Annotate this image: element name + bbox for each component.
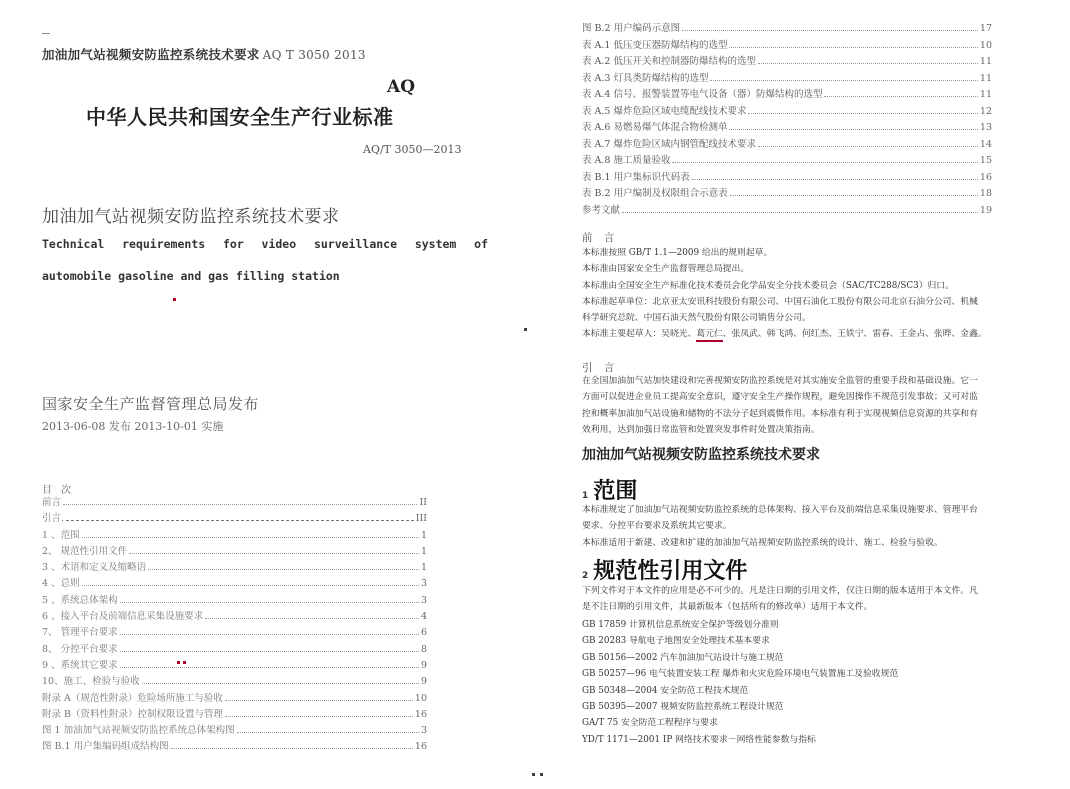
en-word: video xyxy=(262,237,297,251)
running-header-title: 加油加气站视频安防监控系统技术要求 xyxy=(42,47,260,62)
reference-item: GB 50156—2002 汽车加油加气站设计与施工规范 xyxy=(582,650,1052,666)
leader-dots xyxy=(66,520,414,521)
toc-item[interactable]: 引言.III xyxy=(42,510,427,526)
introduction-line: 方面可以促进企业员工提高安全意识，遵守安全生产操作规程，避免因操作不规范引发事故… xyxy=(582,389,1052,405)
reference-item: GB 17859 计算机信息系统安全保护等级划分准则 xyxy=(582,617,1052,633)
table-of-contents: 前言II 引言.III 1 、范围1 2、 规范性引用文件1 3 、术语和定义及… xyxy=(42,494,427,755)
leader-dots xyxy=(730,195,978,196)
red-mark xyxy=(173,298,176,301)
left-page: 加油加气站视频安防监控系统技术要求AQ T 3050 2013 AQ 中华人民共… xyxy=(0,0,535,789)
toc-item[interactable]: 2、 规范性引用文件1 xyxy=(42,543,427,559)
reference-item: GA/T 75 安全防范工程程序与要求 xyxy=(582,715,1052,731)
reference-item: GB 50257—96 电气装置安装工程 爆炸和火灾危险环境电气装置施工及验收规… xyxy=(582,666,1052,682)
en-word: for xyxy=(223,237,244,251)
section-2-body: 下列文件对于本文件的应用是必不可少的。凡是注日期的引用文件，仅注日期的版本适用于… xyxy=(582,583,1052,616)
introduction-line: 控和概率加油加气站设施和储物的不法分子起到震慑作用。本标准有利于实现视频信息资源… xyxy=(582,406,1052,422)
right-page: 图 B.2 用户编码示意图17 表 A.1 低压变压器防爆结构的选型10 表 A… xyxy=(535,0,1070,789)
section-number: 1 xyxy=(582,491,588,501)
leader-dots xyxy=(824,96,977,97)
toc-item[interactable]: 附录 B（资料性附录）控制权限设置与管理16 xyxy=(42,706,427,722)
toc-item[interactable]: 图 B.1 用户集编码组成结构图16 xyxy=(42,738,427,754)
leader-dots xyxy=(729,129,977,130)
reference-item: GB 20283 导航电子地图安全处理技术基本要求 xyxy=(582,633,1052,649)
en-word: Technical xyxy=(42,237,104,251)
header-dash xyxy=(42,33,50,34)
toc-item[interactable]: 3 、术语和定义及缩略语1 xyxy=(42,559,427,575)
foreword-line: 科学研究总院、中国石油天然气股份有限公司销售分公司。 xyxy=(582,310,1032,326)
section-1-body: 本标准规定了加油加气站视频安防监控系统的总体架构、接入平台及前端信息采集设施要求… xyxy=(582,502,1052,551)
toc-item[interactable]: 4 、总则3 xyxy=(42,575,427,591)
reference-item: YD/T 1171—2001 IP 网络技术要求－网络性能参数与指标 xyxy=(582,732,1052,748)
leader-dots xyxy=(82,537,419,538)
section-2-heading: 2 规范性引用文件 xyxy=(582,554,747,585)
toc-item[interactable]: 表 A.3 灯具类防爆结构的选型11 xyxy=(582,70,992,87)
leader-dots xyxy=(237,732,419,733)
red-mark xyxy=(183,661,186,664)
foreword-label: 前 言 xyxy=(582,230,618,245)
introduction-body: 在全国加油加气站加快建设和完善视频安防监控系统是对其实施安全监管的重要手段和基础… xyxy=(582,373,1052,438)
toc-item[interactable]: 表 A.1 低压变压器防爆结构的选型10 xyxy=(582,37,992,54)
leader-dots xyxy=(120,634,419,635)
en-word: of xyxy=(474,237,488,251)
toc-item[interactable]: 图 B.2 用户编码示意图17 xyxy=(582,20,992,37)
toc-item[interactable]: 表 A.7 爆炸危险区域内钢管配线技术要求14 xyxy=(582,136,992,153)
section-title: 范围 xyxy=(593,479,637,504)
publish-dates: 2013-06-08 发布 2013-10-01 实施 xyxy=(42,418,223,434)
toc-item[interactable]: 表 A.2 低压开关和控制器防爆结构的选型11 xyxy=(582,53,992,70)
toc-item[interactable]: 附录 A（规范性附录）危险场所施工与验收10 xyxy=(42,690,427,706)
en-word: requirements xyxy=(122,237,205,251)
en-word: system xyxy=(415,237,457,251)
leader-dots xyxy=(142,683,419,684)
section-number: 2 xyxy=(582,571,588,581)
toc-item[interactable]: 7、 管理平台要求6 xyxy=(42,624,427,640)
table-of-contents-continued: 图 B.2 用户编码示意图17 表 A.1 低压变压器防爆结构的选型10 表 A… xyxy=(582,20,992,218)
foreword-line: 本标准由全国安全生产标准化技术委员会化学品安全分技术委员会（SAC/TC288/… xyxy=(582,278,1032,294)
body-title: 加油加气站视频安防监控系统技术要求 xyxy=(582,444,820,464)
red-mark xyxy=(177,661,180,664)
foreword-line: 本标准由国家安全生产监督管理总局提出。 xyxy=(582,261,1032,277)
foreword-line: 本标准起草单位：北京亚太安讯科技股份有限公司、中国石油化工股份有限公司北京石油分… xyxy=(582,294,1032,310)
toc-item[interactable]: 8、 分控平台要求8 xyxy=(42,641,427,657)
leader-dots xyxy=(120,602,419,603)
section-1-heading: 1 范围 xyxy=(582,474,637,505)
leader-dots xyxy=(622,212,978,213)
toc-item[interactable]: 表 B.1 用户集标识代码表16 xyxy=(582,169,992,186)
leader-dots xyxy=(758,146,978,147)
standard-code: AQ/T 3050—2013 xyxy=(363,143,462,156)
foreword-body: 本标准按照 GB/T 1.1—2009 给出的规则起草。 本标准由国家安全生产监… xyxy=(582,245,1032,343)
running-header-code: AQ T 3050 2013 xyxy=(263,48,366,62)
section-line: 本标准规定了加油加气站视频安防监控系统的总体架构、接入平台及前端信息采集设施要求… xyxy=(582,502,1052,518)
standard-title: 中华人民共和国安全生产行业标准 xyxy=(86,101,394,130)
toc-item[interactable]: 参考文献19 xyxy=(582,202,992,219)
en-word: surveillance xyxy=(314,237,397,251)
toc-item[interactable]: 9 、系统其它要求9 xyxy=(42,657,427,673)
reference-item: GB 50348—2004 安全防范工程技术规范 xyxy=(582,683,1052,699)
section-line: 是不注日期的引用文件，其最新版本（包括所有的修改单）适用于本文件。 xyxy=(582,599,1052,615)
running-header: 加油加气站视频安防监控系统技术要求AQ T 3050 2013 xyxy=(42,45,366,63)
toc-item[interactable]: 5 、系统总体架构3 xyxy=(42,592,427,608)
introduction-line: 在全国加油加气站加快建设和完善视频安防监控系统是对其实施安全监管的重要手段和基础… xyxy=(582,373,1052,389)
publisher: 国家安全生产监督管理总局发布 xyxy=(42,393,259,414)
toc-item[interactable]: 表 A.8 施工质量验收15 xyxy=(582,152,992,169)
toc-item[interactable]: 表 B.2 用户编制及权限组合示意表18 xyxy=(582,185,992,202)
leader-dots xyxy=(225,700,413,701)
document-title-cn: 加油加气站视频安防监控系统技术要求 xyxy=(42,202,340,227)
normative-references: GB 17859 计算机信息系统安全保护等级划分准则 GB 20283 导航电子… xyxy=(582,617,1052,748)
leader-dots xyxy=(148,569,419,570)
foreword-line: 本标准按照 GB/T 1.1—2009 给出的规则起草。 xyxy=(582,245,1032,261)
document-title-en-line2: automobile gasoline and gas filling stat… xyxy=(42,269,340,283)
foreword-drafters: 本标准主要起草人：吴晓光、葛元仁、张凤武、韩飞鸿、何红杰、王铁宁、雷春、王金占、… xyxy=(582,326,1032,342)
highlighted-name: 葛元仁 xyxy=(696,329,722,342)
leader-dots xyxy=(748,113,977,114)
toc-item[interactable]: 表 A.5 爆炸危险区域电缆配线技术要求12 xyxy=(582,103,992,120)
toc-item[interactable]: 1 、范围1 xyxy=(42,527,427,543)
leader-dots xyxy=(682,30,978,31)
separator-mark xyxy=(524,328,527,331)
leader-dots xyxy=(129,553,419,554)
leader-dots xyxy=(120,651,419,652)
leader-dots xyxy=(120,667,419,668)
toc-item[interactable]: 图 1 加油加气站视频安防监控系统总体架构图3 xyxy=(42,722,427,738)
document-title-en-line1: Technical requirements for video surveil… xyxy=(42,237,488,251)
leader-dots xyxy=(171,748,413,749)
leader-dots xyxy=(692,179,978,180)
section-title: 规范性引用文件 xyxy=(593,559,747,584)
section-line: 要求、分控平台要求及系统其它要求。 xyxy=(582,518,1052,534)
leader-dots xyxy=(729,47,977,48)
toc-item[interactable]: 表 A.6 易燃易爆气体混合物检测单13 xyxy=(582,119,992,136)
reference-item: GB 50395—2007 视频安防监控系统工程设计规范 xyxy=(582,699,1052,715)
leader-dots xyxy=(672,162,977,163)
toc-item[interactable]: 前言II xyxy=(42,494,427,510)
toc-item[interactable]: 6 、接入平台及前端信息采集设施要求4 xyxy=(42,608,427,624)
leader-dots xyxy=(225,716,413,717)
aq-mark: AQ xyxy=(387,77,415,97)
leader-dots xyxy=(82,585,419,586)
leader-dots xyxy=(758,63,978,64)
toc-item[interactable]: 表 A.4 信号、报警装置等电气设备（器）防爆结构的选型11 xyxy=(582,86,992,103)
leader-dots xyxy=(205,618,419,619)
section-line: 本标准适用于新建、改建和扩建的加油加气站视频安防监控系统的设计、施工、检验与验收… xyxy=(582,535,1052,551)
leader-dots xyxy=(710,80,977,81)
introduction-line: 效利用，达到加强日常监管和处置突发事件时处置决策指南。 xyxy=(582,422,1052,438)
leader-dots xyxy=(63,504,417,505)
section-line: 下列文件对于本文件的应用是必不可少的。凡是注日期的引用文件，仅注日期的版本适用于… xyxy=(582,583,1052,599)
toc-item[interactable]: 10、施工、检验与验收9 xyxy=(42,673,427,689)
